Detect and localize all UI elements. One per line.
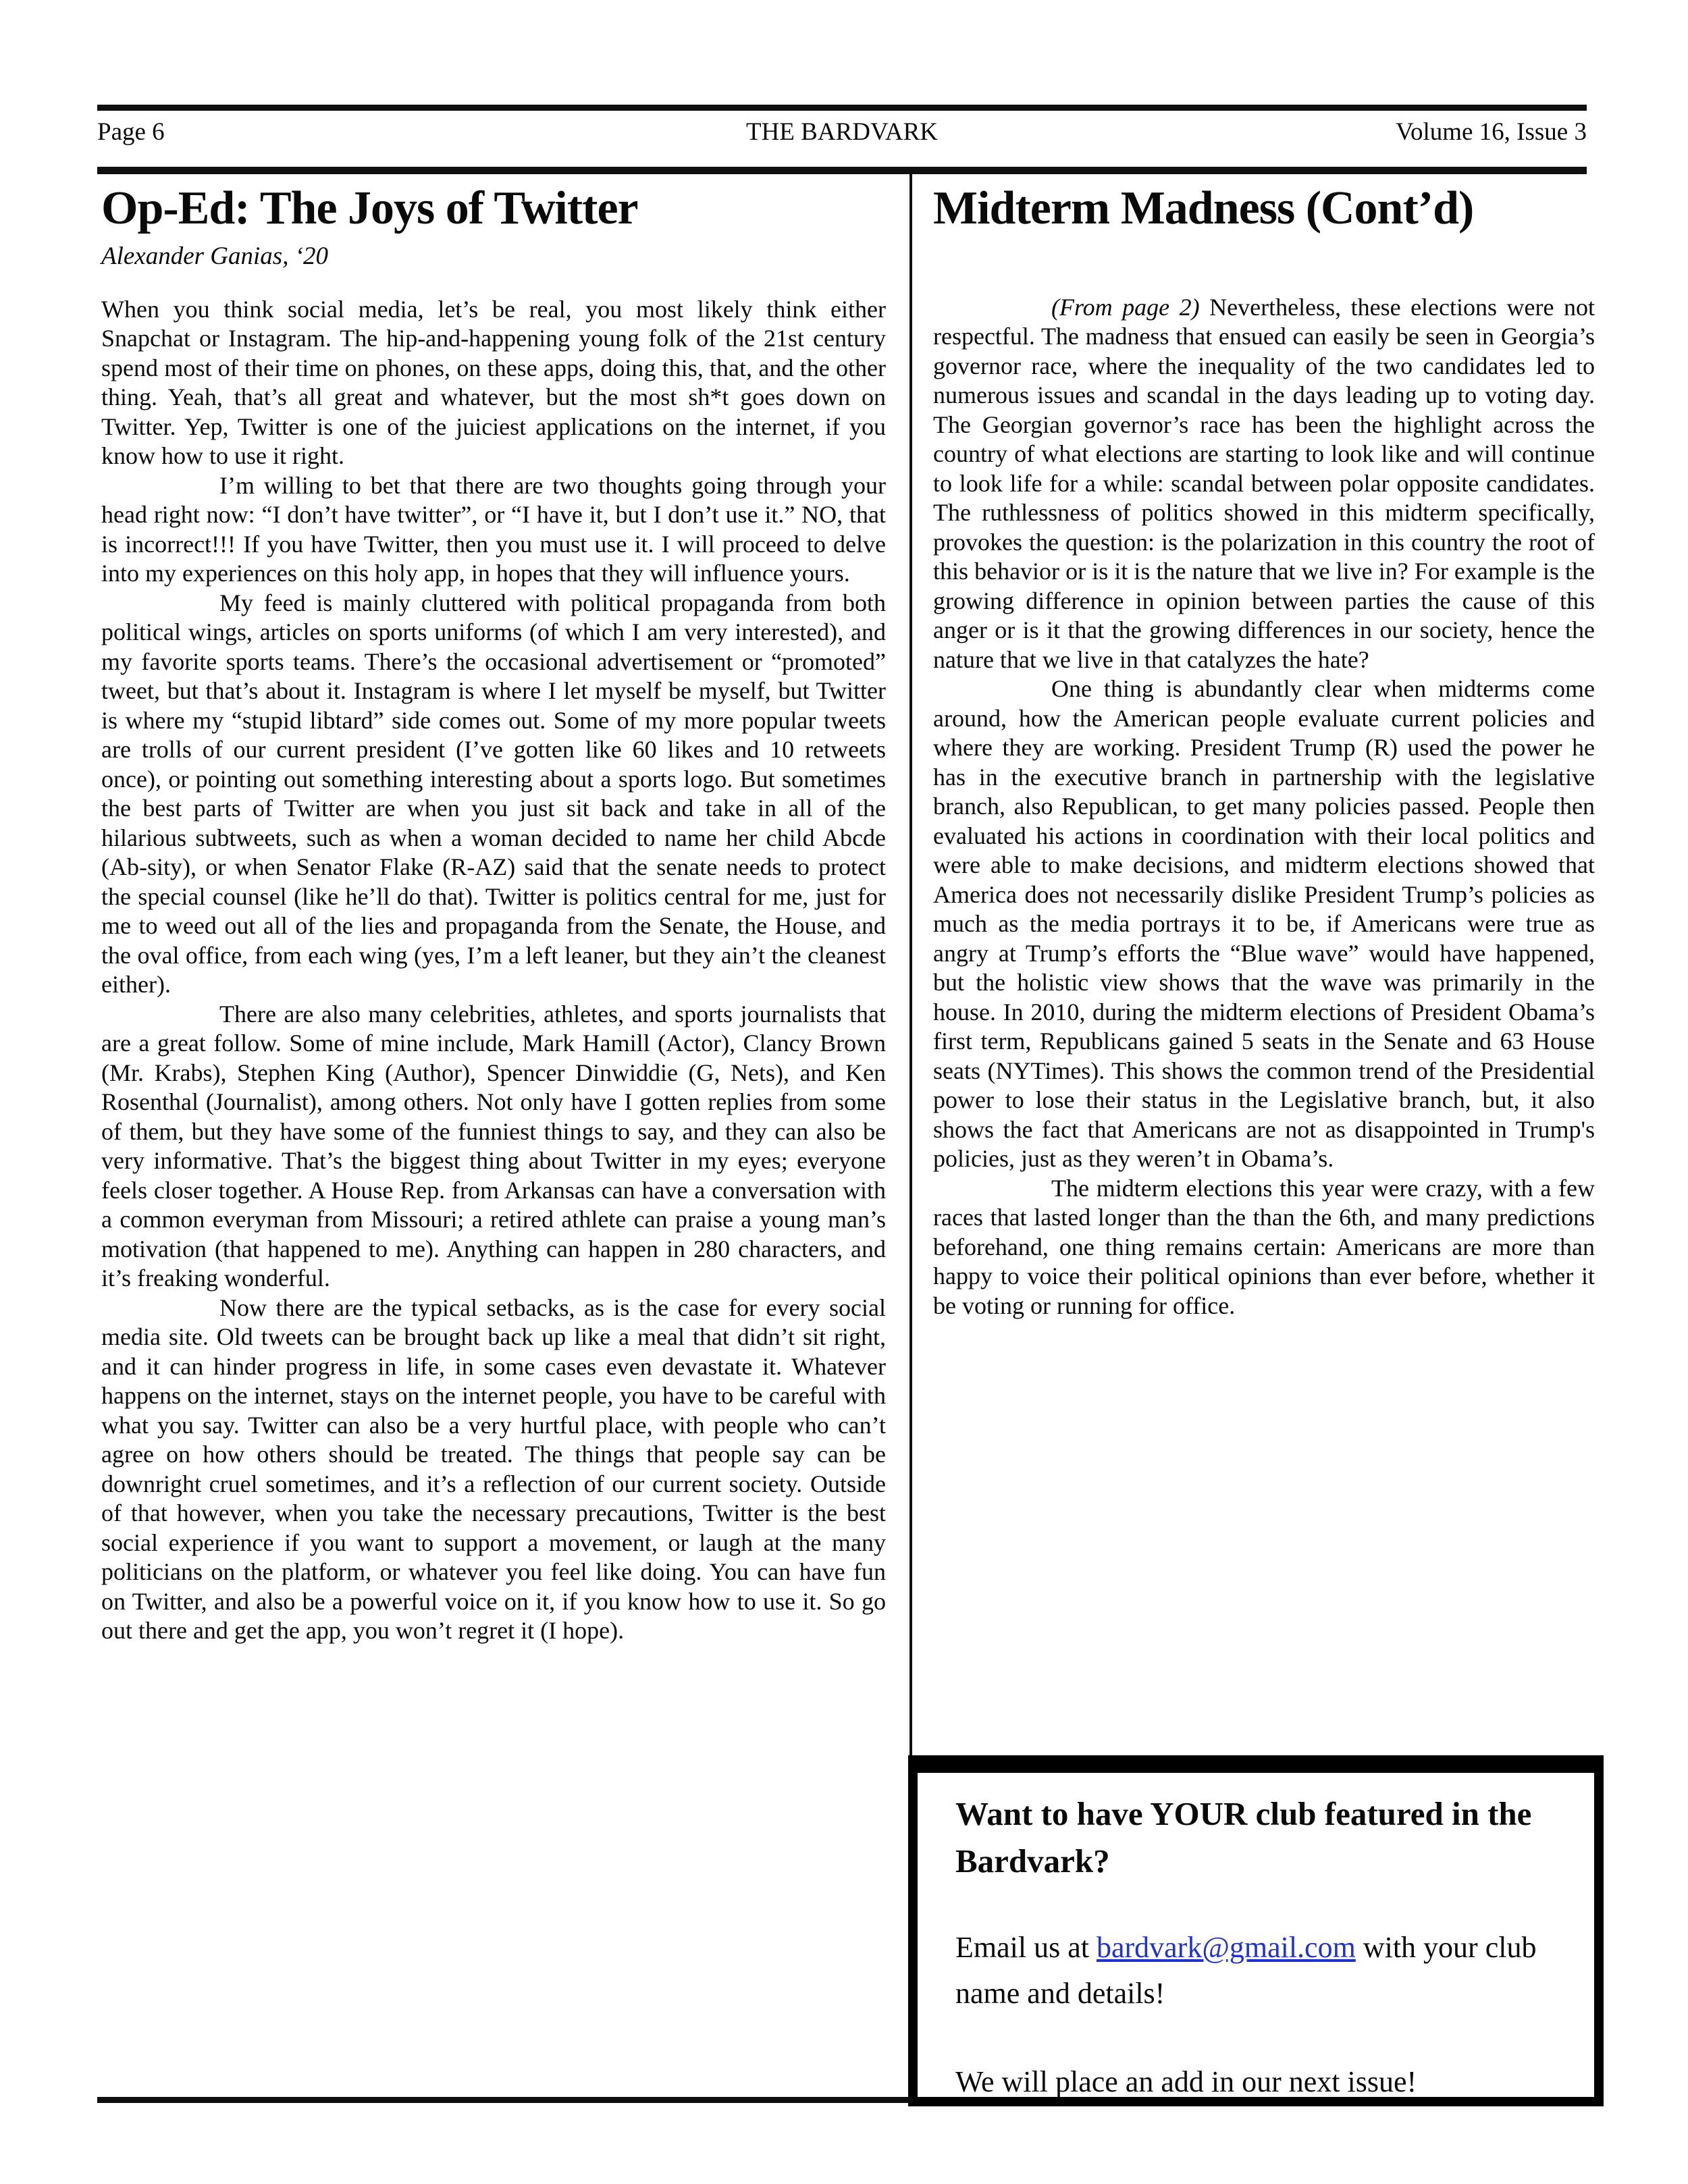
right-article-title: Midterm Madness (Cont’d) xyxy=(933,184,1595,234)
article-paragraph: Now there are the typical setbacks, as i… xyxy=(101,1294,886,1646)
continued-from-lead: (From page 2) xyxy=(1051,294,1200,321)
article-paragraph: One thing is abundantly clear when midte… xyxy=(933,674,1595,1174)
page-header: Page 6 THE BARDVARK Volume 16, Issue 3 xyxy=(97,117,1587,147)
newspaper-page: Page 6 THE BARDVARK Volume 16, Issue 3 O… xyxy=(0,0,1688,2184)
left-article-title: Op-Ed: The Joys of Twitter xyxy=(101,184,886,234)
top-rule xyxy=(97,105,1587,111)
email-link[interactable]: bardvark@gmail.com xyxy=(1097,1931,1356,1964)
paragraph-text: Nevertheless, these elections were not r… xyxy=(933,294,1595,673)
ad-email-text: Email us at bardvark@gmail.com with your… xyxy=(955,1925,1564,2017)
article-paragraph: I’m willing to bet that there are two th… xyxy=(101,471,886,589)
email-prefix: Email us at xyxy=(955,1931,1097,1964)
left-article-byline: Alexander Ganias, ‘20 xyxy=(101,242,886,271)
left-article-body: When you think social media, let’s be re… xyxy=(101,295,886,1646)
article-paragraph: When you think social media, let’s be re… xyxy=(101,295,886,471)
ad-closing-text: We will place an add in our next issue! xyxy=(955,2065,1564,2099)
masthead: THE BARDVARK xyxy=(594,117,1090,147)
ad-heading: Want to have YOUR club featured in the B… xyxy=(955,1790,1564,1884)
article-paragraph: My feed is mainly cluttered with politic… xyxy=(101,589,886,1000)
article-paragraph: (From page 2) Nevertheless, these electi… xyxy=(933,293,1595,675)
header-rule xyxy=(97,167,1587,174)
bottom-rule xyxy=(97,2097,913,2103)
club-feature-ad-box: Want to have YOUR club featured in the B… xyxy=(908,1755,1604,2106)
article-paragraph: The midterm elections this year were cra… xyxy=(933,1174,1595,1321)
right-article: Midterm Madness (Cont’d) (From page 2) N… xyxy=(933,184,1595,1321)
article-paragraph: There are also many celebrities, athlete… xyxy=(101,1000,886,1294)
page-number: Page 6 xyxy=(97,117,594,147)
right-article-body: (From page 2) Nevertheless, these electi… xyxy=(933,293,1595,1321)
left-article: Op-Ed: The Joys of Twitter Alexander Gan… xyxy=(101,184,886,1646)
issue-label: Volume 16, Issue 3 xyxy=(1090,117,1587,147)
